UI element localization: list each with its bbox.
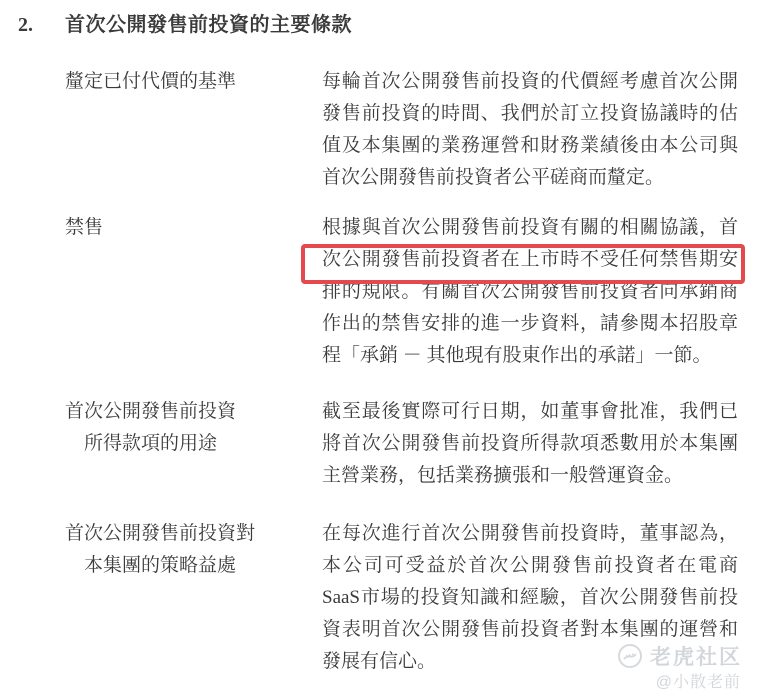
tiger-logo-icon (617, 643, 643, 669)
text-line: 每輪首次公開發售前投資的代價經考慮首次公開 (322, 66, 738, 98)
text-line: 次公開發售前投資者在上市時不受任何禁售期安 (322, 244, 738, 276)
text-line: 在每次進行首次公開發售前投資時，董事認為， (322, 518, 738, 550)
text-line: 將首次公開發售前投資所得款項悉數用於本集團 (322, 428, 738, 460)
text-line: 根據與首次公開發售前投資有關的相關協議，首 (322, 212, 738, 244)
text-line: 首次公開發售前投資者公平磋商而釐定。 (322, 162, 738, 194)
heading-number: 2. (18, 10, 65, 40)
term-label-line: 禁售 (65, 212, 315, 244)
term-label: 禁售 (65, 212, 315, 244)
text-line: SaaS市場的投資知識和經驗，首次公開發售前投 (322, 582, 738, 614)
term-label-line: 本集團的策略益處 (65, 550, 315, 582)
watermark-brand-text: 老虎社区 (650, 641, 742, 671)
section-heading: 2. 首次公開發售前投資的主要條款 (18, 10, 352, 40)
text-line: 本公司可受益於首次公開發售前投資者在電商 (322, 550, 738, 582)
term-text: 根據與首次公開發售前投資有關的相關協議，首 次公開發售前投資者在上市時不受任何禁… (322, 212, 738, 372)
term-label-line: 首次公開發售前投資對 (65, 518, 315, 550)
term-label: 釐定已付代價的基準 (65, 66, 315, 98)
term-text: 每輪首次公開發售前投資的代價經考慮首次公開 發售前投資的時間、我們於訂立投資協議… (322, 66, 738, 194)
watermark-author-text: @小散老前 (656, 669, 741, 692)
text-line: 作出的禁售安排的進一步資料，請參閱本招股章 (322, 308, 738, 340)
text-line: 值及本集團的業務運營和財務業績後由本公司與 (322, 130, 738, 162)
term-text: 截至最後實際可行日期，如董事會批准，我們已 將首次公開發售前投資所得款項悉數用於… (322, 396, 738, 492)
text-line: 發售前投資的時間、我們於訂立投資協議時的估 (322, 98, 738, 130)
prospectus-page: 2. 首次公開發售前投資的主要條款 釐定已付代價的基準 每輪首次公開發售前投資的… (0, 0, 776, 698)
text-line: 主營業務，包括業務擴張和一般營運資金。 (322, 460, 738, 492)
term-label: 首次公開發售前投資對 本集團的策略益處 (65, 518, 315, 582)
text-line: 程「承銷 － 其他現有股東作出的承諾」一節。 (322, 340, 738, 372)
watermark: 老虎社区 (617, 641, 742, 671)
text-line: 截至最後實際可行日期，如董事會批准，我們已 (322, 396, 738, 428)
term-label-line: 所得款項的用途 (65, 428, 315, 460)
heading-title: 首次公開發售前投資的主要條款 (65, 10, 352, 40)
term-label-line: 釐定已付代價的基準 (65, 66, 315, 98)
term-label: 首次公開發售前投資 所得款項的用途 (65, 396, 315, 460)
text-line: 排的規限。有關首次公開發售前投資者向承銷商 (322, 276, 738, 308)
term-label-line: 首次公開發售前投資 (65, 396, 315, 428)
highlighted-line-wrap: 次公開發售前投資者在上市時不受任何禁售期安 (322, 244, 738, 276)
